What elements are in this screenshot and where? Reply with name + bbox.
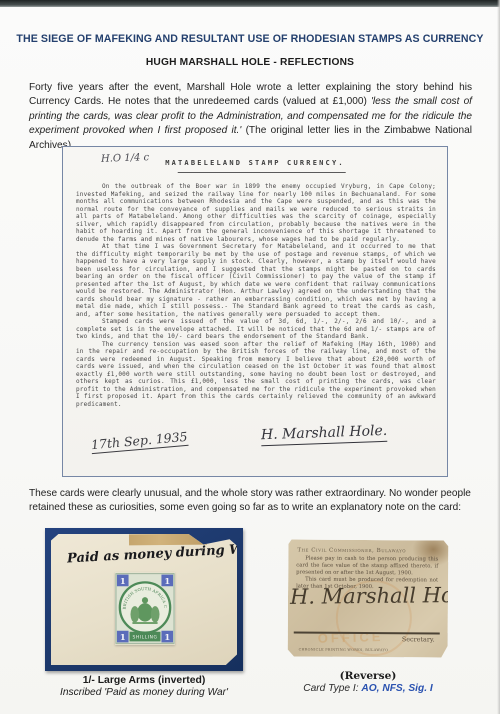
photo-edge-bar xyxy=(0,0,500,7)
letter-heading: MATABELELAND STAMP CURRENCY. xyxy=(63,159,447,167)
exhibit-page: THE SIEGE OF MAFEKING AND RESULTANT USE … xyxy=(0,0,500,714)
reverse-caption-line2: Card Type I: AO, NFS, Sig. I xyxy=(285,683,451,694)
stamp-denomination-bl: 1 xyxy=(120,633,126,643)
stamp-value-label: SHILLING xyxy=(132,635,157,641)
reverse-card-caption: (Reverse) Card Type I: AO, NFS, Sig. I xyxy=(285,670,451,694)
letter-paragraph-1: On the outbreak of the Boer war in 1899 … xyxy=(76,183,436,243)
front-card-caption: 1/- Large Arms (inverted) Inscribed 'Pai… xyxy=(45,675,243,698)
letter-handwritten-date: 17th Sep. 1935 xyxy=(90,429,188,454)
letter-paragraph-4: The currency tension was eased soon afte… xyxy=(76,341,436,409)
currency-card-front: Paid as money during War BRITISH SOUTH A… xyxy=(51,534,237,665)
card-handwritten-inscription: Paid as money during War xyxy=(67,543,238,567)
front-caption-line1: 1/- Large Arms (inverted) xyxy=(45,675,243,686)
stamp-graphic: BRITISH SOUTH AFRICA COMPANY 1 1 1 1 xyxy=(115,572,175,645)
one-shilling-stamp: BRITISH SOUTH AFRICA COMPANY 1 1 1 1 xyxy=(115,572,175,645)
currency-card-front-mount: Paid as money during War BRITISH SOUTH A… xyxy=(45,528,243,671)
tape-mark xyxy=(129,534,207,546)
reverse-card-header: The Civil Commissioner, Bulawayo xyxy=(297,548,406,555)
reverse-card-signature: H. Marshall Hole xyxy=(290,583,446,609)
reverse-caption-line1: (Reverse) xyxy=(285,670,451,682)
card-type-value: AO, NFS, Sig. I xyxy=(361,683,432,694)
card-type-label: Card Type I: xyxy=(303,683,361,694)
letter-scan: H.O 1/4 c MATABELELAND STAMP CURRENCY. O… xyxy=(62,146,448,477)
printer-imprint: CHRONICLE PRINTING WORKS, BULAWAYO xyxy=(299,648,389,653)
stamp-denomination-tr: 1 xyxy=(164,577,170,587)
letter-body: On the outbreak of the Boer war in 1899 … xyxy=(76,183,436,408)
stamp-denomination-tl: 1 xyxy=(120,577,126,587)
reverse-card-paragraph-1: Please pay in cash to the person produci… xyxy=(296,555,438,577)
page-subtitle: HUGH MARSHALL HOLE - REFLECTIONS xyxy=(0,57,500,68)
intro-paragraph: Forty five years after the event, Marsha… xyxy=(29,81,472,153)
currency-card-reverse: OFFICE The Civil Commissioner, Bulawayo … xyxy=(288,539,449,657)
letter-heading-rule xyxy=(178,172,346,173)
letter-paragraph-3: Stamped cards were issued of the value o… xyxy=(76,318,436,341)
page-title: THE SIEGE OF MAFEKING AND RESULTANT USE … xyxy=(0,33,500,45)
front-caption-line2: Inscribed 'Paid as money during War' xyxy=(45,687,243,698)
letter-signature: H. Marshall Hole. xyxy=(261,423,388,446)
stamp-denomination-br: 1 xyxy=(164,633,170,643)
commentary-paragraph: These cards were clearly unusual, and th… xyxy=(29,487,472,516)
letter-paragraph-2: At that time I was Government Secretary … xyxy=(76,243,436,318)
secretary-label: Secretary. xyxy=(402,635,435,643)
